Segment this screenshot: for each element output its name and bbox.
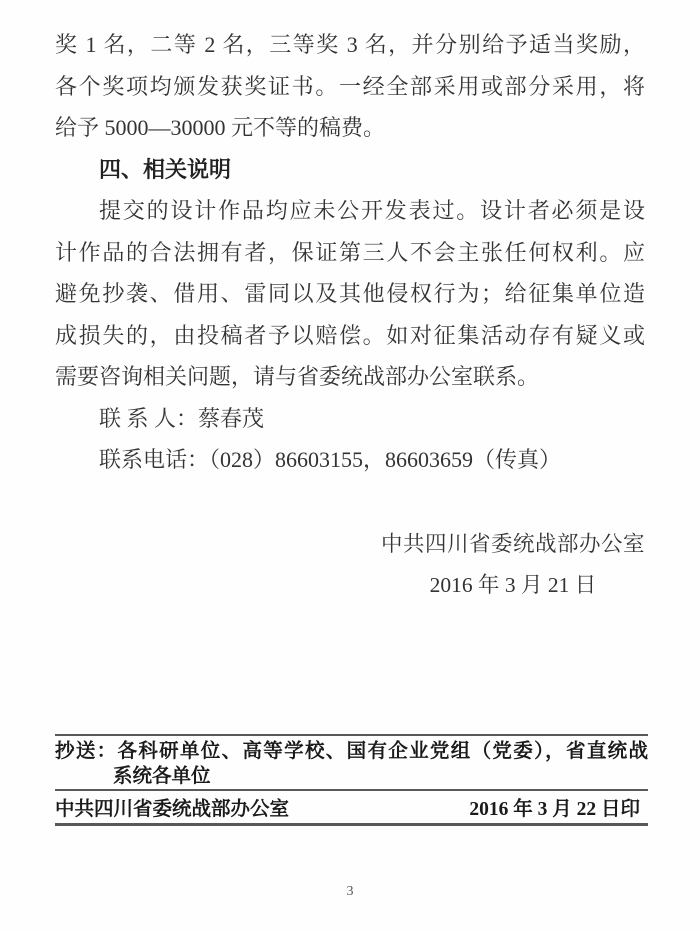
page-number: 3 — [0, 884, 700, 900]
document-body: 奖 1 名，二等 2 名，三等奖 3 名，并分别给予适当奖励， 各个奖项均颁发获… — [55, 24, 645, 607]
issuer-row: 中共四川省委统战部办公室 2016 年 3 月 22 日印 — [55, 791, 648, 823]
document-footer: 抄送：各科研单位、高等学校、国有企业党组（党委），省直统战 系统各单位 中共四川… — [55, 734, 648, 826]
paragraph-line: 奖 1 名，二等 2 名，三等奖 3 名，并分别给予适当奖励， — [55, 24, 645, 66]
print-date: 2016 年 3 月 22 日印 — [469, 793, 648, 821]
paragraph-prize: 奖 1 名，二等 2 名，三等奖 3 名，并分别给予适当奖励， 各个奖项均颁发获… — [55, 24, 645, 149]
contact-person-line: 联 系 人：蔡春茂 — [55, 398, 645, 440]
document-page: 奖 1 名，二等 2 名，三等奖 3 名，并分别给予适当奖励， 各个奖项均颁发获… — [0, 0, 700, 931]
paragraph-line: 计作品的合法拥有者，保证第三人不会主张任何权利。应 — [55, 232, 645, 274]
footer-rule-bottom — [55, 823, 648, 826]
paragraph-line: 给予 5000—30000 元不等的稿费。 — [55, 107, 645, 149]
paragraph-line: 成损失的，由投稿者予以赔偿。如对征集活动存有疑义或 — [55, 315, 645, 357]
paragraph-line: 提交的设计作品均应未公开发表过。设计者必须是设 — [55, 190, 645, 232]
issuer-name: 中共四川省委统战部办公室 — [55, 793, 289, 821]
paragraph-line: 避免抄袭、借用、雷同以及其他侵权行为；给征集单位造 — [55, 273, 645, 315]
paragraph-line: 需要咨询相关问题，请与省委统战部办公室联系。 — [55, 356, 645, 398]
section-heading: 四、相关说明 — [55, 149, 645, 191]
signature-org: 中共四川省委统战部办公室 — [381, 524, 645, 566]
cc-block: 抄送：各科研单位、高等学校、国有企业党组（党委），省直统战 系统各单位 — [55, 736, 648, 789]
paragraph-line: 各个奖项均颁发获奖证书。一经全部采用或部分采用，将 — [55, 66, 645, 108]
paragraph-notes: 提交的设计作品均应未公开发表过。设计者必须是设 计作品的合法拥有者，保证第三人不… — [55, 190, 645, 398]
signature-date: 2016 年 3 月 21 日 — [381, 565, 645, 607]
signature-block: 中共四川省委统战部办公室 2016 年 3 月 21 日 — [55, 524, 645, 607]
contact-phone-line: 联系电话：（028）86603155，86603659（传真） — [55, 439, 645, 481]
cc-line: 系统各单位 — [113, 764, 648, 789]
cc-line: 抄送：各科研单位、高等学校、国有企业党组（党委），省直统战 — [55, 739, 648, 764]
